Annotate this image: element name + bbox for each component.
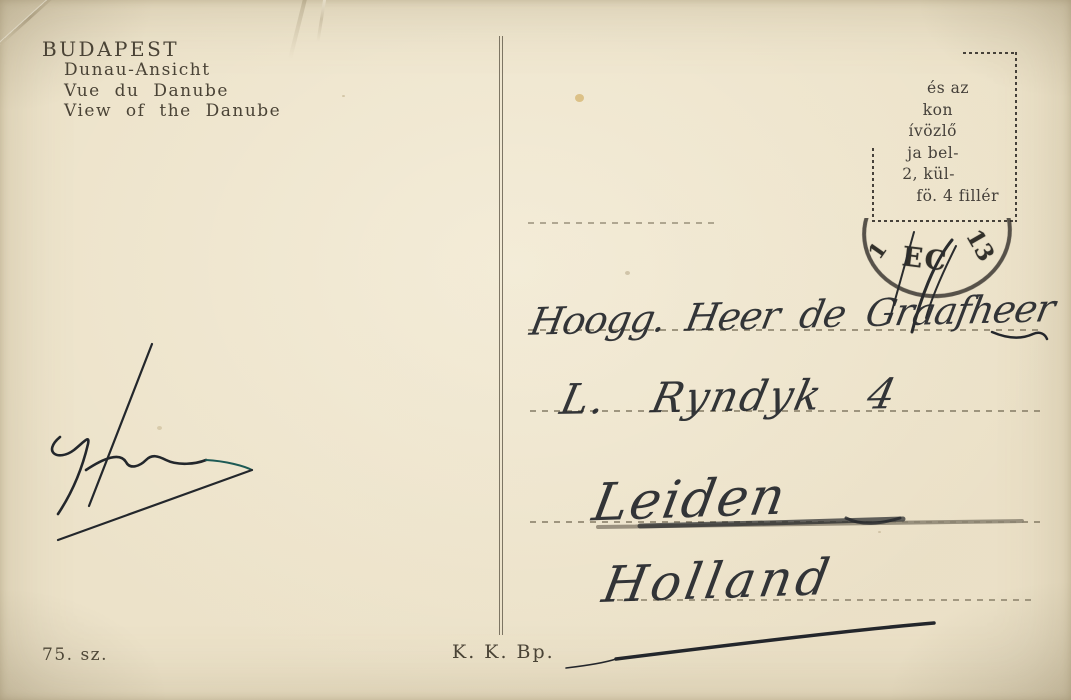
title-block: BUDAPEST Dunau-Ansicht Vue du Danube Vie… xyxy=(42,38,281,122)
address-line-recipient: Hoogg. Heer de Graafheer xyxy=(527,286,1058,344)
title-subtitle-english: View of the Danube xyxy=(64,101,281,122)
stamp-box-imprint-line: fö. 4 fillér xyxy=(872,186,1017,208)
stamp-box-imprint-line: ívözlő xyxy=(872,121,1017,143)
title-subtitle-french: Vue du Danube xyxy=(64,81,281,102)
top-crease-highlight xyxy=(316,0,326,42)
stamp-box-imprint-line: és az xyxy=(872,78,1017,100)
stamp-box-imprint-line: ja bel- xyxy=(872,143,1017,165)
stamp-box-imprint-line: kon xyxy=(872,100,1017,122)
stamp-box-imprint-line: 2, kül- xyxy=(872,164,1017,186)
stamp-box: és az kon ívözlő ja bel- 2, kül- fö. 4 f… xyxy=(872,52,1017,222)
title-subtitle-german: Dunau-Ansicht xyxy=(64,60,281,81)
top-crease xyxy=(288,0,308,60)
address-line-street: L. Ryndyk 4 xyxy=(556,369,902,424)
stamp-box-imprint: és az kon ívözlő ja bel- 2, kül- fö. 4 f… xyxy=(872,78,1017,207)
publisher-mark: K. K. Bp. xyxy=(452,641,555,663)
postmark-letters: EC xyxy=(900,241,950,277)
age-spots xyxy=(575,94,584,102)
recipient-line-tail xyxy=(992,332,1047,339)
address-line-country: Holland xyxy=(598,548,838,614)
address-ruled-line xyxy=(528,222,718,224)
title-city: BUDAPEST xyxy=(42,38,281,60)
stamp-box-border-top xyxy=(963,52,1017,54)
country-underline xyxy=(566,623,934,668)
address-line-city: Leiden xyxy=(588,467,791,534)
postcard-back: BUDAPEST Dunau-Ansicht Vue du Danube Vie… xyxy=(0,0,1071,700)
serial-number: 75. sz. xyxy=(42,645,108,665)
sender-signature-scribble xyxy=(52,344,252,540)
center-divider-line xyxy=(499,36,503,635)
